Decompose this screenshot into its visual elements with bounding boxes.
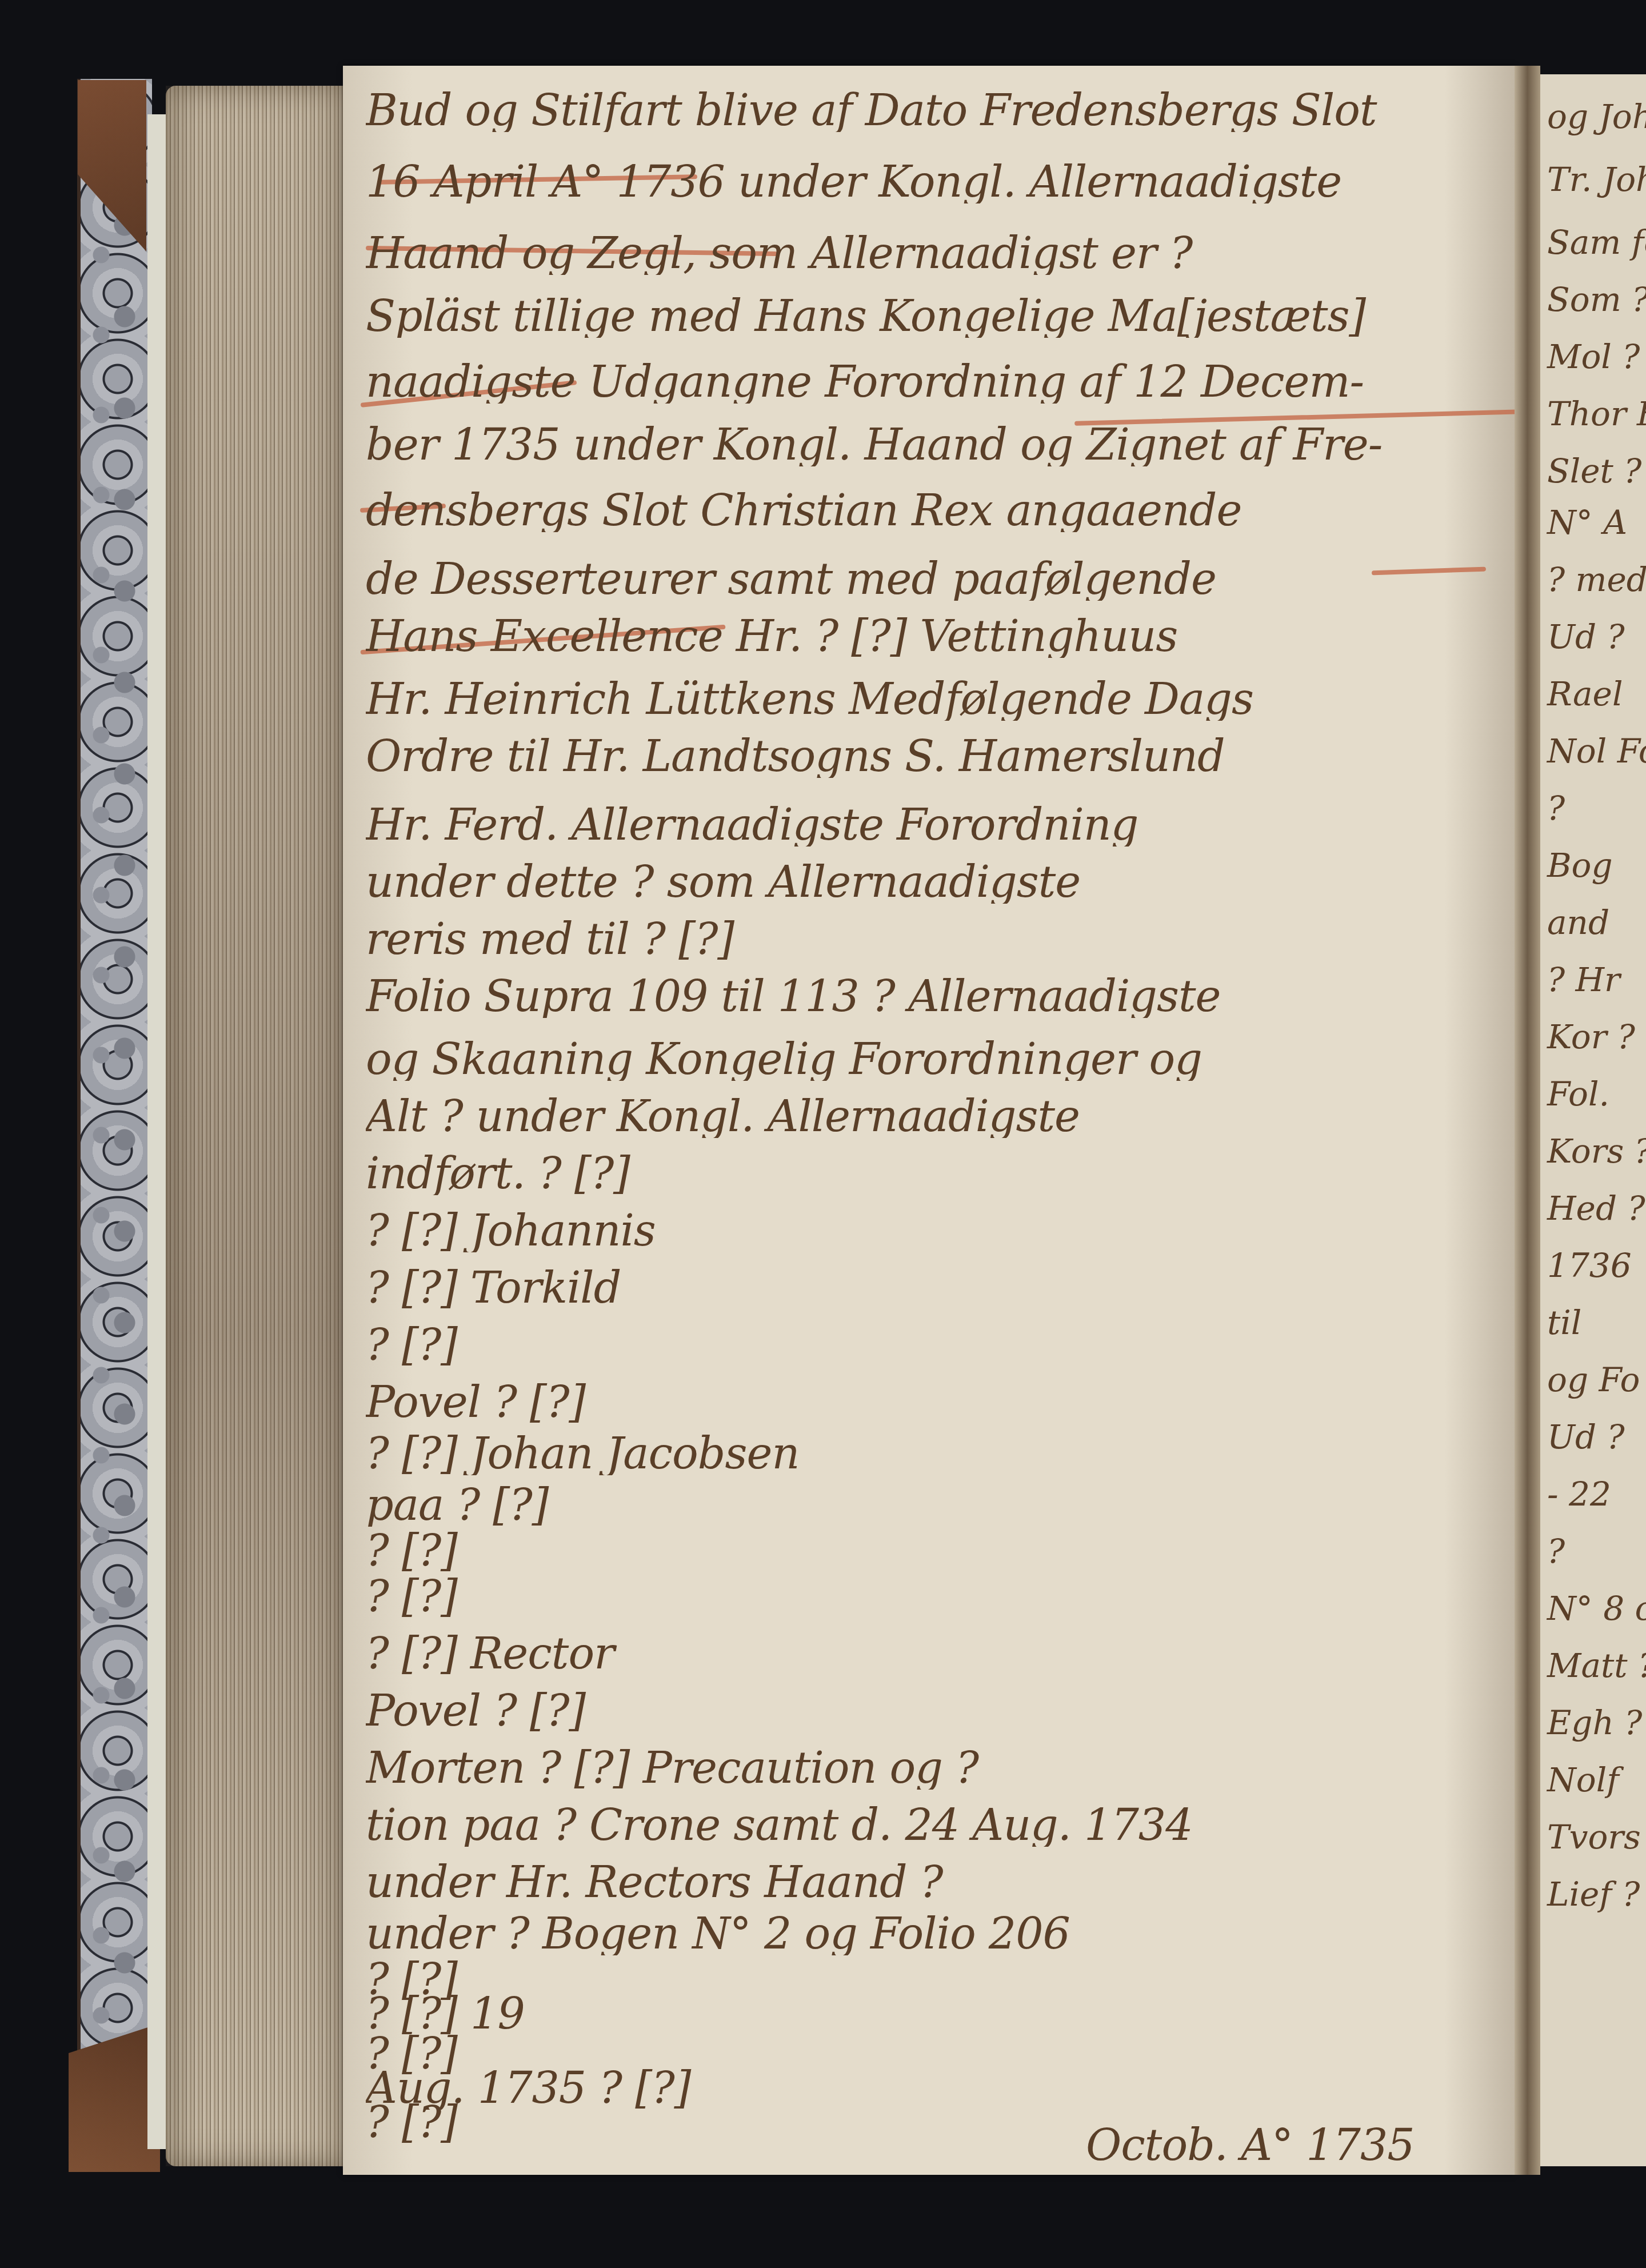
manuscript-line: ? [?] Johan Jacobsen: [366, 1432, 1503, 1475]
facing-line: Mol ?: [1547, 337, 1640, 376]
manuscript-line: Bud og Stilfart blive af Dato Fredensber…: [366, 89, 1503, 132]
facing-line: Kor ?: [1547, 1017, 1635, 1056]
manuscript-line: de Desserteurer samt med paafølgende: [366, 557, 1503, 601]
manuscript-line: Hans Excellence Hr. ? [?] Vettinghuus: [366, 614, 1503, 658]
manuscript-line: ber 1735 under Kongl. Haand og Zignet af…: [366, 423, 1503, 466]
manuscript-line: ? [?] Torkild: [366, 1266, 1503, 1309]
facing-line: Som ?: [1547, 280, 1646, 319]
facing-line: Hed ?: [1547, 1189, 1645, 1228]
facing-line: Egh ?: [1547, 1703, 1642, 1742]
facing-line: Kors ?: [1547, 1132, 1646, 1171]
manuscript-line: densbergs Slot Christian Rex angaaende: [366, 489, 1503, 532]
facing-line: Nolf: [1547, 1760, 1619, 1799]
manuscript-line: ? [?] Johannis: [366, 1209, 1503, 1252]
manuscript-line: indført. ? [?]: [366, 1152, 1503, 1195]
manuscript-line: under ? Bogen N° 2 og Folio 206: [366, 1912, 1503, 1955]
facing-line: ? Hr: [1547, 960, 1620, 999]
manuscript-line: under Hr. Rectors Haand ?: [366, 1860, 1503, 1904]
facing-line: N° A: [1547, 503, 1627, 542]
facing-line: Slet ?: [1547, 452, 1641, 490]
manuscript-line: 16 April A° 1736 under Kongl. Allernaadi…: [366, 160, 1503, 203]
manuscript-line: ? [?] 19: [366, 1992, 1503, 2035]
facing-line: Tvors: [1547, 1818, 1641, 1856]
facing-line: - 22: [1547, 1475, 1611, 1514]
facing-line: and: [1547, 903, 1609, 942]
book-gutter: [1515, 66, 1540, 2175]
facing-line: Matt ?: [1547, 1646, 1646, 1685]
manuscript-line: Ordre til Hr. Landtsogns S. Hamerslund: [366, 734, 1503, 778]
manuscript-line: naadigste Udgangne Forordning af 12 Dece…: [366, 360, 1503, 404]
marbled-cover-board: [77, 79, 152, 2165]
manuscript-line: ? [?]: [366, 1323, 1503, 1367]
manuscript-line: Povel ? [?]: [366, 1380, 1503, 1424]
manuscript-line: paa ? [?]: [366, 1483, 1503, 1527]
manuscript-page: Bud og Stilfart blive af Dato Fredensber…: [343, 66, 1515, 2175]
facing-line: ? med: [1547, 560, 1646, 599]
facing-line: og Fo: [1547, 1360, 1640, 1399]
manuscript-line: tion paa ? Crone samt d. 24 Aug. 1734: [366, 1803, 1503, 1847]
manuscript-line: Alt ? under Kongl. Allernaadigste: [366, 1095, 1503, 1138]
facing-line: Fol.: [1547, 1075, 1609, 1113]
facing-line: Nol Fo: [1547, 732, 1646, 770]
manuscript-line: Haand og Zegl, som Allernaadigst er ?: [366, 231, 1503, 275]
manuscript-line: under dette ? som Allernaadigste: [366, 860, 1503, 904]
manuscript-line: Folio Supra 109 til 113 ? Allernaadigste: [366, 975, 1503, 1018]
facing-line: Sam for: [1547, 223, 1646, 262]
facing-line: til: [1547, 1303, 1581, 1342]
facing-line: Ud ?: [1547, 1417, 1625, 1456]
facing-line: ?: [1547, 1532, 1565, 1571]
facing-line: ?: [1547, 789, 1565, 828]
facing-line: Bog: [1547, 846, 1613, 885]
manuscript-line: Hr. Ferd. Allernaadigste Forordning: [366, 803, 1503, 846]
page-fore-edge-block: [166, 86, 360, 2166]
facing-page-partial: og Johan Tr. Joh. Sam for Som ? Mol ? Th…: [1540, 74, 1646, 2166]
manuscript-line: reris med til ? [?]: [366, 917, 1503, 961]
manuscript-line: og Skaaning Kongelig Forordninger og: [366, 1037, 1503, 1081]
manuscript-line: Povel ? [?]: [366, 1689, 1503, 1732]
facing-line: Tr. Joh.: [1547, 160, 1646, 199]
facing-line: N° 8 og: [1547, 1589, 1646, 1628]
manuscript-line: Spläst tillige med Hans Kongelige Ma[jes…: [366, 294, 1503, 338]
manuscript-line: ? [?]: [366, 1529, 1503, 1572]
facing-line: 1736: [1547, 1246, 1632, 1285]
manuscript-line: Morten ? [?] Precaution og ?: [366, 1746, 1503, 1790]
facing-line: Ud ?: [1547, 617, 1625, 656]
manuscript-line: ? [?]: [366, 1575, 1503, 1618]
facing-line: Rael: [1547, 674, 1623, 713]
facing-line: Lief ?: [1547, 1875, 1640, 1914]
manuscript-line: Hr. Heinrich Lüttkens Medfølgende Dags: [366, 677, 1503, 721]
manuscript-line: ? [?] Rector: [366, 1632, 1503, 1675]
facing-line: Thor Has: [1547, 394, 1646, 433]
closing-date-line: Octob. A° 1735: [1086, 2123, 1503, 2167]
facing-line: og Johan: [1547, 97, 1646, 136]
